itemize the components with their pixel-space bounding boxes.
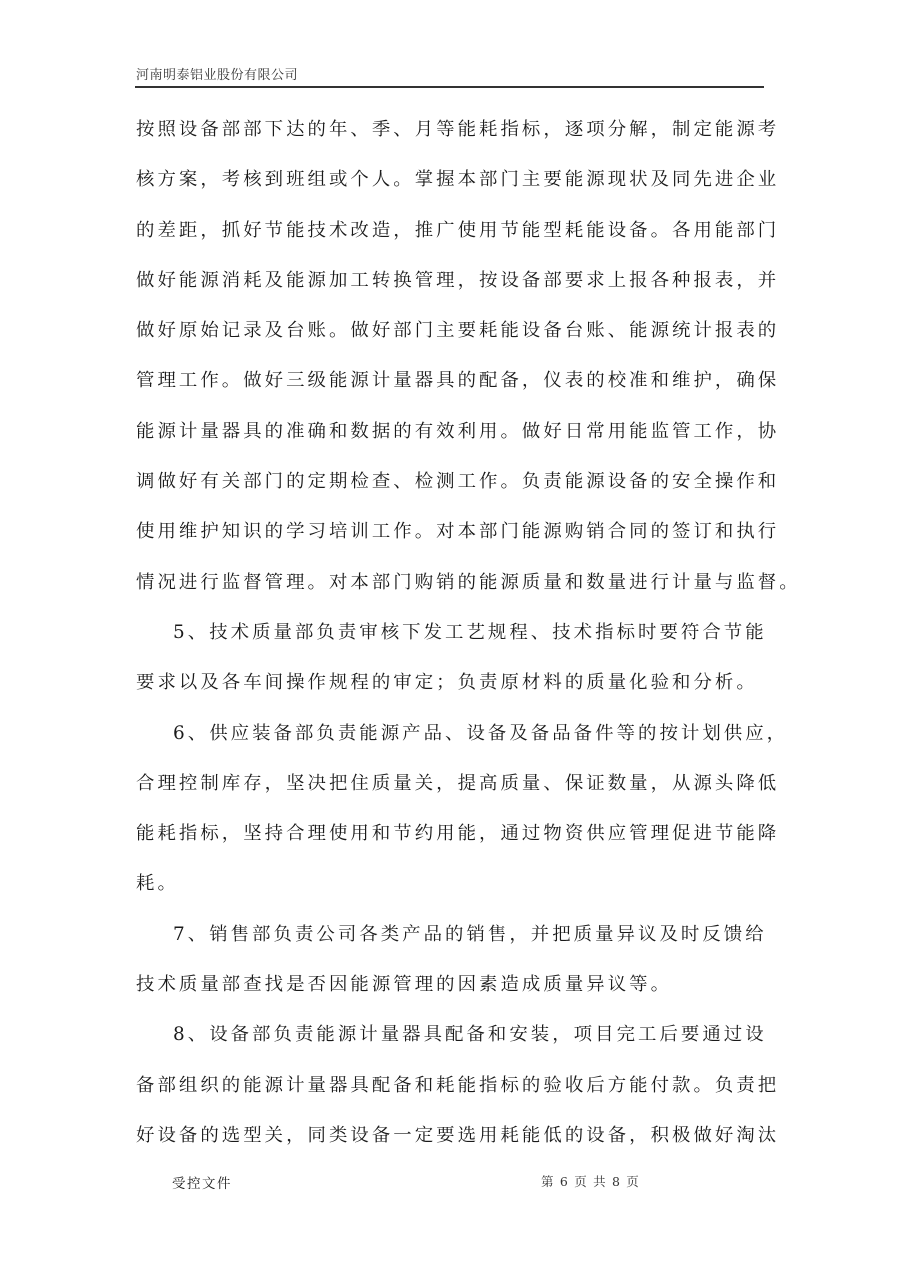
text-line: 情况进行监督管理。对本部门购销的能源质量和数量进行计量与监督。 — [136, 563, 768, 613]
text-line: 好设备的选型关，同类设备一定要选用耗能低的设备，积极做好淘汰 — [136, 1116, 768, 1166]
text-line: 管理工作。做好三级能源计量器具的配备，仪表的校准和维护，确保 — [136, 361, 768, 411]
text-line: 技术质量部查找是否因能源管理的因素造成质量异议等。 — [136, 965, 768, 1015]
paragraph-7-start: 7、销售部负责公司各类产品的销售，并把质量异议及时反馈给 — [136, 915, 768, 965]
text-line: 能源计量器具的准确和数据的有效利用。做好日常用能监管工作，协 — [136, 412, 768, 462]
text-line: 合理控制库存，坚决把住质量关，提高质量、保证数量，从源头降低 — [136, 764, 768, 814]
text-line: 备部组织的能源计量器具配备和耗能指标的验收后方能付款。负责把 — [136, 1066, 768, 1116]
text-line: 耗。 — [136, 864, 768, 914]
page-header: 河南明泰铝业股份有限公司 — [135, 62, 764, 88]
text-line: 要求以及各车间操作规程的审定；负责原材料的质量化验和分析。 — [136, 663, 768, 713]
document-body: 按照设备部部下达的年、季、月等能耗指标，逐项分解，制定能源考 核方案，考核到班组… — [136, 110, 768, 1166]
text-line: 能耗指标，坚持合理使用和节约用能，通过物资供应管理促进节能降 — [136, 814, 768, 864]
company-name: 河南明泰铝业股份有限公司 — [136, 64, 298, 83]
page-footer: 受控文件 第 6 页 共 8 页 — [0, 1172, 900, 1196]
text-line: 做好原始记录及台账。做好部门主要耗能设备台账、能源统计报表的 — [136, 311, 768, 361]
controlled-document-label: 受控文件 — [172, 1172, 232, 1192]
paragraph-6-start: 6、供应装备部负责能源产品、设备及备品备件等的按计划供应， — [136, 714, 768, 764]
page-number: 第 6 页 共 8 页 — [541, 1172, 640, 1190]
text-line: 使用维护知识的学习培训工作。对本部门能源购销合同的签订和执行 — [136, 512, 768, 562]
paragraph-8-start: 8、设备部负责能源计量器具配备和安装，项目完工后要通过设 — [136, 1015, 768, 1065]
text-line: 按照设备部部下达的年、季、月等能耗指标，逐项分解，制定能源考 — [136, 110, 768, 160]
text-line: 做好能源消耗及能源加工转换管理，按设备部要求上报各种报表，并 — [136, 261, 768, 311]
paragraph-5-start: 5、技术质量部负责审核下发工艺规程、技术指标时要符合节能 — [136, 613, 768, 663]
text-line: 调做好有关部门的定期检查、检测工作。负责能源设备的安全操作和 — [136, 462, 768, 512]
text-line: 的差距，抓好节能技术改造，推广使用节能型耗能设备。各用能部门 — [136, 211, 768, 261]
text-line: 核方案，考核到班组或个人。掌握本部门主要能源现状及同先进企业 — [136, 160, 768, 210]
